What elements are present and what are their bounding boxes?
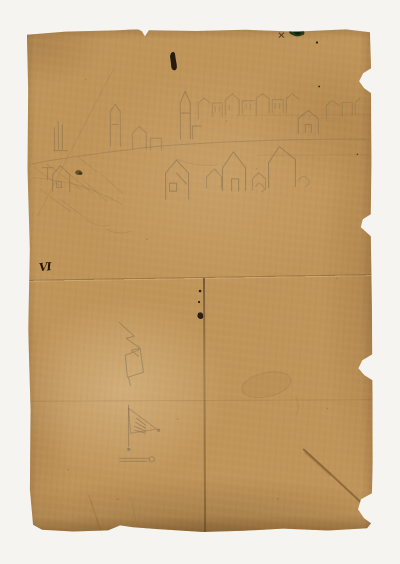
oval-stain — [239, 368, 298, 415]
paper-flecks — [65, 78, 338, 501]
skyline-buildings — [53, 90, 360, 150]
gable-study-sketch — [119, 322, 143, 385]
inscription-numeral: VI — [38, 260, 51, 274]
olive-spot — [75, 170, 82, 175]
road-line — [32, 139, 366, 205]
stick-knob — [149, 457, 154, 462]
pencil-dot — [157, 429, 160, 432]
scan-backdrop: VI — [0, 0, 400, 564]
tower-study-sketch — [120, 405, 161, 531]
green-stain — [279, 28, 305, 37]
ink-blot — [170, 52, 177, 70]
pencil-dot — [127, 448, 130, 451]
paper-sheet: VI — [26, 28, 373, 533]
